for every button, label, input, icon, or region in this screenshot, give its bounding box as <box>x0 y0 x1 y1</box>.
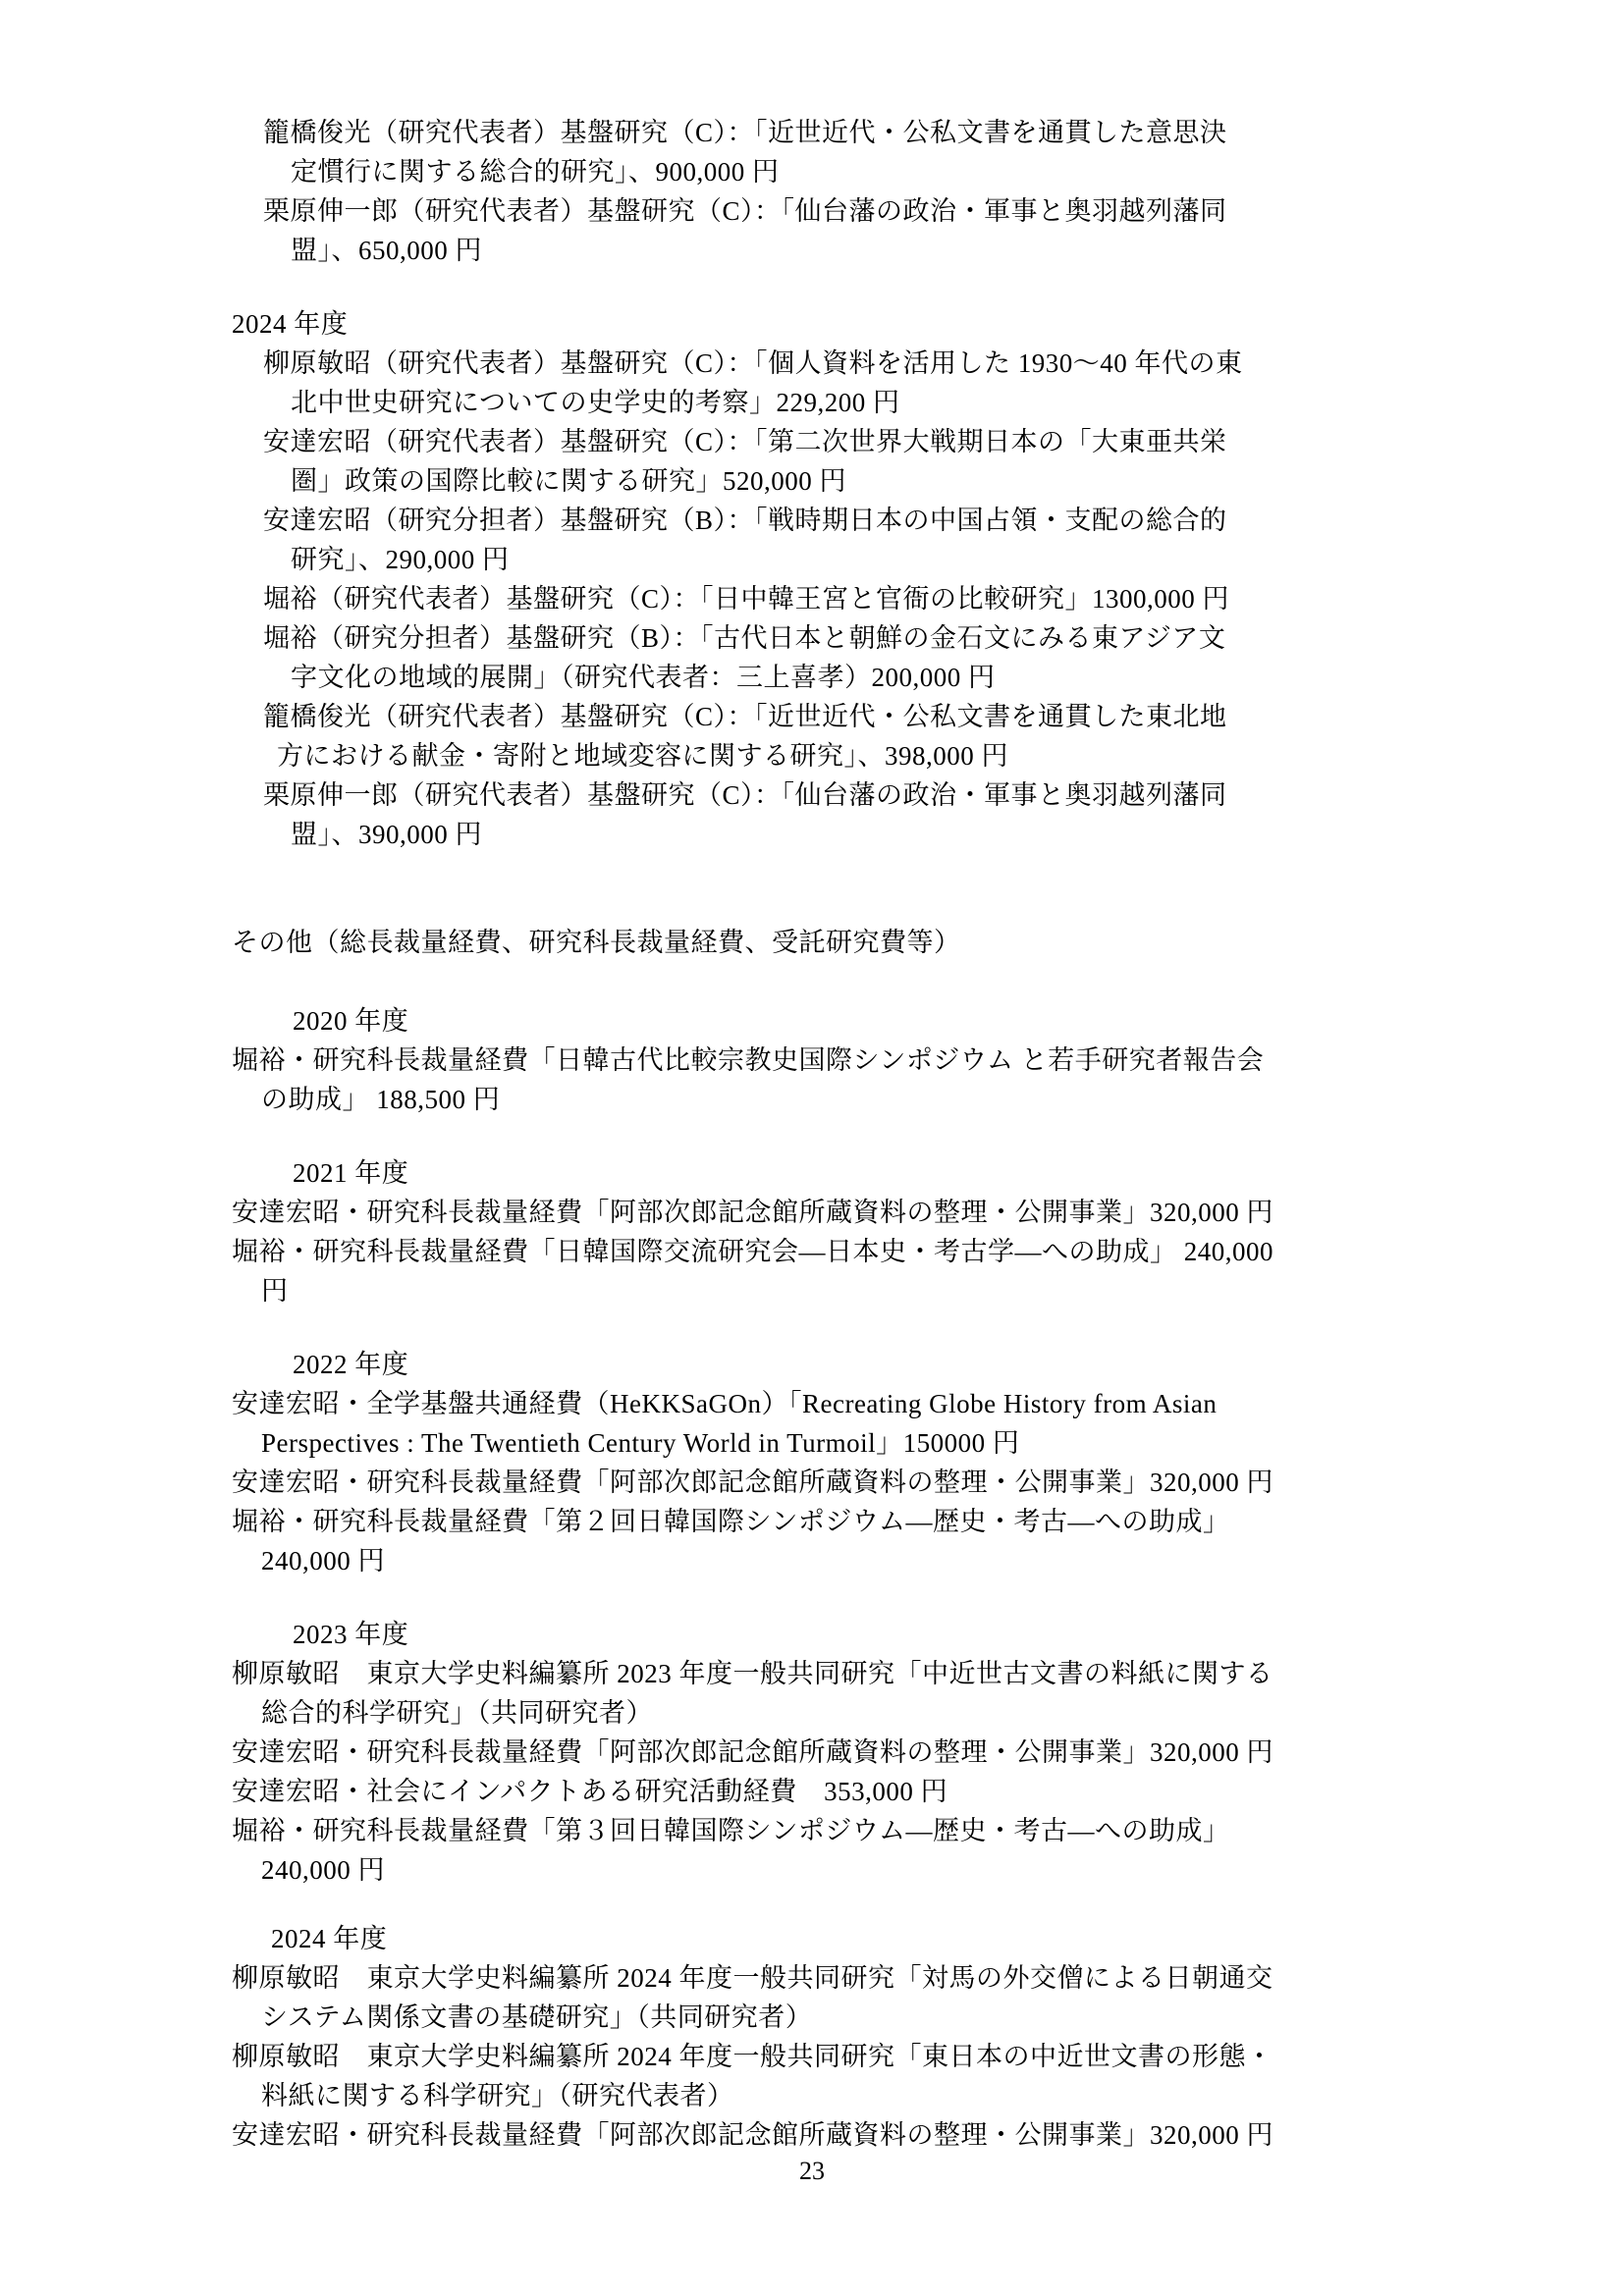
text-line: 安達宏昭（研究代表者）基盤研究（C）：「第二次世界大戦期日本の「大東亜共栄 <box>263 422 1227 461</box>
text-line: 堀裕・研究科長裁量経費「第２回日韓国際シンポジウム―歴史・考古―への助成」 <box>232 1502 1230 1541</box>
text-line: 堀裕・研究科長裁量経費「日韓国際交流研究会―日本史・考古学―への助成」 240,… <box>232 1232 1273 1271</box>
text-line: の助成」 188,500 円 <box>261 1080 500 1119</box>
text-line: 堀裕（研究分担者）基盤研究（B）：「古代日本と朝鮮の金石文にみる東アジア文 <box>263 618 1225 658</box>
text-line: 240,000 円 <box>261 1850 385 1890</box>
text-line: 2024 年度 <box>232 304 348 344</box>
document-page: 籠橋俊光（研究代表者）基盤研究（C）：「近世近代・公私文書を通貫した意思決定慣行… <box>0 0 1624 2296</box>
text-line: 240,000 円 <box>261 1541 385 1580</box>
page-number: 23 <box>0 2154 1624 2189</box>
text-line: 盟」、390,000 円 <box>291 815 482 854</box>
text-line: 栗原伸一郎（研究代表者）基盤研究（C）：「仙台藩の政治・軍事と奥羽越列藩同 <box>263 775 1227 815</box>
text-line: 料紙に関する科学研究」（研究代表者） <box>261 2076 734 2115</box>
text-line: 安達宏昭・研究科長裁量経費「阿部次郎記念館所蔵資料の整理・公開事業」320,00… <box>232 1463 1273 1502</box>
text-line: 北中世史研究についての史学史的考察」229,200 円 <box>291 383 899 422</box>
text-line: 2024 年度 <box>271 1919 387 1958</box>
text-line: 栗原伸一郎（研究代表者）基盤研究（C）：「仙台藩の政治・軍事と奥羽越列藩同 <box>263 191 1227 231</box>
text-line: 籠橋俊光（研究代表者）基盤研究（C）：「近世近代・公私文書を通貫した意思決 <box>263 113 1227 152</box>
text-line: Perspectives : The Twentieth Century Wor… <box>261 1423 1019 1463</box>
text-line: 総合的科学研究」（共同研究者） <box>261 1693 653 1733</box>
text-line: 2020 年度 <box>293 1001 408 1041</box>
text-line: 安達宏昭（研究分担者）基盤研究（B）：「戦時期日本の中国占領・支配の総合的 <box>263 501 1227 540</box>
text-line: その他（総長裁量経費、研究科長裁量経費、受託研究費等） <box>232 923 961 962</box>
text-line: 定慣行に関する総合的研究」、900,000 円 <box>291 152 780 191</box>
text-line: システム関係文書の基礎研究」（共同研究者） <box>261 1998 812 2037</box>
text-line: 研究」、290,000 円 <box>291 540 510 579</box>
text-line: 安達宏昭・研究科長裁量経費「阿部次郎記念館所蔵資料の整理・公開事業」320,00… <box>232 1733 1273 1772</box>
text-line: 字文化の地域的展開」（研究代表者：三上喜孝）200,000 円 <box>291 658 996 697</box>
text-line: 柳原敏昭 東京大学史料編纂所 2024 年度一般共同研究「対馬の外交僧による日朝… <box>232 1958 1273 1998</box>
text-line: 2023 年度 <box>293 1615 408 1654</box>
text-line: 柳原敏昭（研究代表者）基盤研究（C）：「個人資料を活用した 1930～40 年代… <box>263 344 1243 383</box>
text-line: 安達宏昭・研究科長裁量経費「阿部次郎記念館所蔵資料の整理・公開事業」320,00… <box>232 2115 1273 2155</box>
text-line: 堀裕（研究代表者）基盤研究（C）：「日中韓王宮と官衙の比較研究」1300,000… <box>263 579 1229 618</box>
text-line: 方における献金・寄附と地域変容に関する研究」、398,000 円 <box>277 736 1008 775</box>
text-line: 安達宏昭・社会にインパクトある研究活動経費 353,000 円 <box>232 1772 947 1811</box>
text-line: 堀裕・研究科長裁量経費「日韓古代比較宗教史国際シンポジウム と若手研究者報告会 <box>232 1041 1264 1080</box>
text-line: 盟」、650,000 円 <box>291 231 482 270</box>
text-line: 圏」政策の国際比較に関する研究」520,000 円 <box>291 461 846 501</box>
text-line: 柳原敏昭 東京大学史料編纂所 2024 年度一般共同研究「東日本の中近世文書の形… <box>232 2037 1273 2076</box>
text-line: 2022 年度 <box>293 1345 408 1384</box>
text-line: 柳原敏昭 東京大学史料編纂所 2023 年度一般共同研究「中近世古文書の料紙に関… <box>232 1654 1273 1693</box>
text-line: 安達宏昭・全学基盤共通経費（HeKKSaGOn）「Recreating Glob… <box>232 1384 1217 1423</box>
text-line: 円 <box>261 1271 289 1310</box>
text-line: 安達宏昭・研究科長裁量経費「阿部次郎記念館所蔵資料の整理・公開事業」320,00… <box>232 1193 1273 1232</box>
text-line: 2021 年度 <box>293 1153 408 1193</box>
text-line: 堀裕・研究科長裁量経費「第３回日韓国際シンポジウム―歴史・考古―への助成」 <box>232 1811 1230 1850</box>
text-line: 籠橋俊光（研究代表者）基盤研究（C）：「近世近代・公私文書を通貫した東北地 <box>263 697 1227 736</box>
